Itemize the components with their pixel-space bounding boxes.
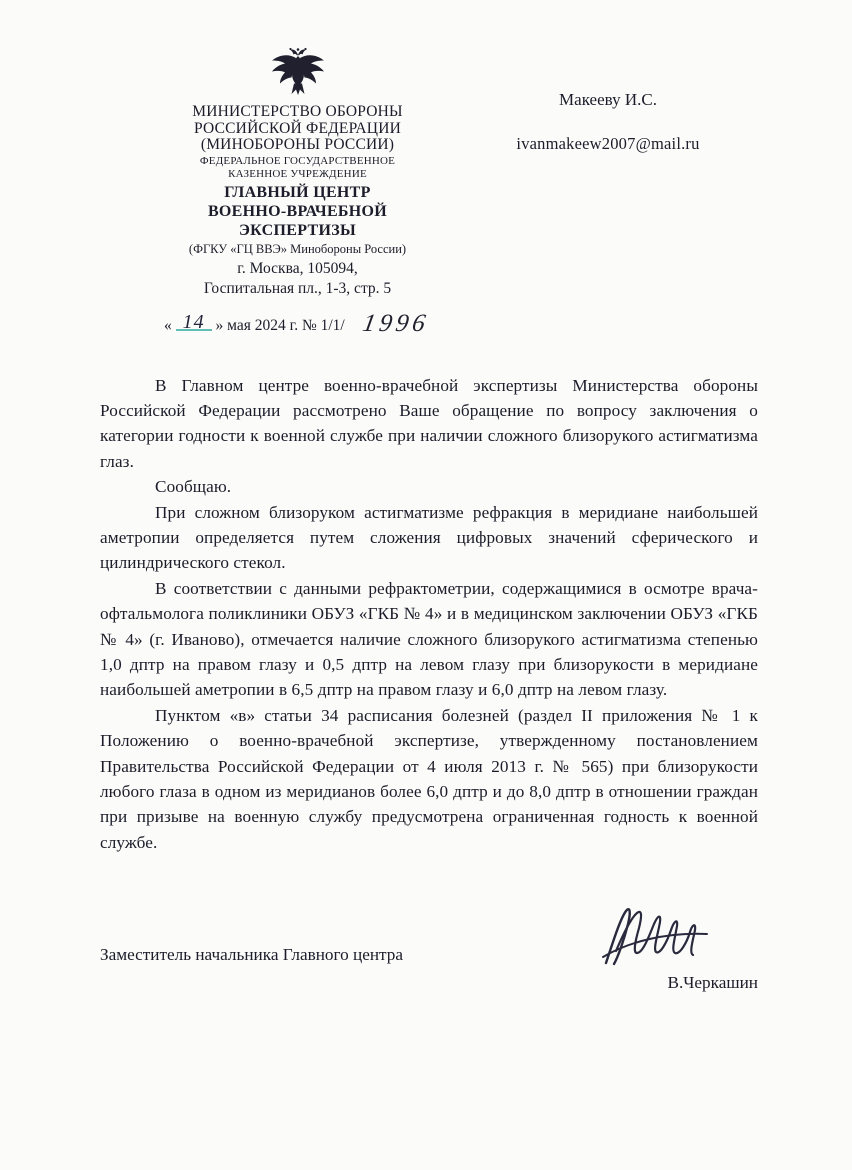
- double-headed-eagle-emblem-icon: [130, 44, 465, 102]
- letterhead-center-name: ГЛАВНЫЙ ЦЕНТР ВОЕННО-ВРАЧЕБНОЙ ЭКСПЕРТИЗ…: [130, 183, 465, 240]
- letterhead-org-line: МИНИСТЕРСТВО ОБОРОНЫ: [130, 104, 465, 121]
- date-printed-part: » мая 2024 г. № 1/1/: [216, 317, 345, 334]
- handwritten-day: 14: [176, 315, 212, 331]
- letterhead-entity-line: ФЕДЕРАЛЬНОЕ ГОСУДАРСТВЕННОЕ: [130, 155, 465, 167]
- date-open-quote: «: [164, 317, 172, 334]
- signer-name: В.Черкашин: [667, 973, 758, 993]
- body-paragraph: Сообщаю.: [100, 474, 758, 499]
- handwritten-signature-icon: [598, 905, 710, 971]
- recipient-email: ivanmakeew2007@mail.ru: [472, 134, 744, 154]
- body-paragraph: Пунктом «в» статьи 34 расписания болезне…: [100, 703, 758, 855]
- signature-block: Заместитель начальника Главного центра В…: [100, 919, 758, 993]
- signer-title: Заместитель начальника Главного центра: [100, 919, 403, 965]
- date-number-line: « 14 » мая 2024 г. № 1/1/ 1996: [164, 309, 758, 337]
- letterhead-abbreviation: (ФГКУ «ГЦ ВВЭ» Минобороны России): [130, 242, 465, 257]
- recipient-name: Макееву И.С.: [472, 90, 744, 110]
- letter-body: В Главном центре военно-врачебной экспер…: [100, 373, 758, 856]
- handwritten-outgoing-number: 1996: [360, 310, 431, 338]
- recipient-block: Макееву И.С. ivanmakeew2007@mail.ru: [472, 44, 744, 154]
- letterhead-address: г. Москва, 105094, Госпитальная пл., 1-3…: [130, 259, 465, 299]
- body-paragraph: В соответствии с данными рефрактометрии,…: [100, 576, 758, 703]
- letterhead-name-line: ГЛАВНЫЙ ЦЕНТР: [130, 183, 465, 202]
- body-paragraph: В Главном центре военно-врачебной экспер…: [100, 373, 758, 475]
- body-paragraph: При сложном близоруком астигматизме рефр…: [100, 500, 758, 576]
- letter-header: МИНИСТЕРСТВО ОБОРОНЫ РОССИЙСКОЙ ФЕДЕРАЦИ…: [100, 44, 758, 299]
- letterhead-address-line: Госпитальная пл., 1-3, стр. 5: [130, 279, 465, 299]
- letterhead-org-line: РОССИЙСКОЙ ФЕДЕРАЦИИ: [130, 121, 465, 138]
- letterhead-block: МИНИСТЕРСТВО ОБОРОНЫ РОССИЙСКОЙ ФЕДЕРАЦИ…: [130, 44, 465, 299]
- letterhead-org-line: (МИНОБОРОНЫ РОССИИ): [130, 137, 465, 154]
- letterhead-name-line: ЭКСПЕРТИЗЫ: [130, 221, 465, 240]
- letterhead-name-line: ВОЕННО-ВРАЧЕБНОЙ: [130, 202, 465, 221]
- signature-and-name: В.Черкашин: [598, 919, 758, 993]
- letterhead-entity-line: КАЗЕННОЕ УЧРЕЖДЕНИЕ: [130, 168, 465, 180]
- letterhead-address-line: г. Москва, 105094,: [130, 259, 465, 279]
- scanned-letter-page: МИНИСТЕРСТВО ОБОРОНЫ РОССИЙСКОЙ ФЕДЕРАЦИ…: [0, 0, 852, 1170]
